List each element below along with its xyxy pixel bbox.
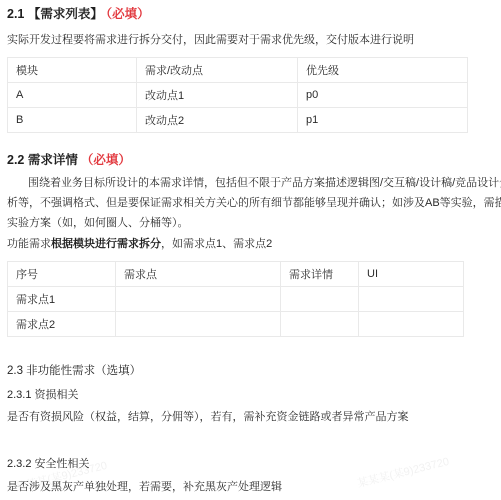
table-row: 需求点2 <box>8 312 464 337</box>
paragraph-line: 围绕着业务目标所设计的本需求详情，包括但不限于产品方案描述逻辑图/交互稿/设计稿… <box>7 173 501 193</box>
cell-change-point[interactable]: 改动点2 <box>137 108 298 133</box>
section-2-1-heading: 2.1 【需求列表】（必填） <box>7 3 501 25</box>
section-2-2-heading-text: 2.2 需求详情 <box>7 153 78 167</box>
table-row: A 改动点1 p0 <box>8 83 468 108</box>
document-body: 2.1 【需求列表】（必填） 实际开发过程要将需求进行拆分交付，因此需要对于需求… <box>0 0 501 497</box>
cell-module[interactable]: A <box>8 83 137 108</box>
cell-module[interactable]: B <box>8 108 137 133</box>
cell-change-point[interactable]: 改动点1 <box>137 83 298 108</box>
split-note-suffix: ，如需求点1、需求点2 <box>161 238 272 250</box>
section-2-3-2-heading: 2.3.2 安全性相关 <box>7 454 501 474</box>
cell-index[interactable]: 需求点2 <box>8 312 116 337</box>
paragraph-line: 实验方案（如，如何圈人、分桶等）。 <box>7 213 501 233</box>
cell-requirement-detail[interactable] <box>281 287 359 312</box>
section-2-2-heading: 2.2 需求详情（必填） <box>7 149 501 171</box>
section-2-1-heading-text: 2.1 【需求列表】 <box>7 7 103 21</box>
functional-split-note: 功能需求根据模块进行需求拆分，如需求点1、需求点2 <box>7 234 501 254</box>
table-header-row: 模块 需求/改动点 优先级 <box>8 58 468 83</box>
paragraph-line: 析等，不强调格式、但是要保证需求相关方关心的所有细节都能够呈现并确认；如涉及AB… <box>7 193 501 213</box>
section-2-3-1-heading: 2.3.1 资损相关 <box>7 385 501 405</box>
table-header-row: 序号 需求点 需求详情 UI <box>8 262 464 287</box>
column-header-requirement-detail[interactable]: 需求详情 <box>281 262 359 287</box>
cell-index[interactable]: 需求点1 <box>8 287 116 312</box>
column-header-change-point[interactable]: 需求/改动点 <box>137 58 298 83</box>
table-row: B 改动点2 p1 <box>8 108 468 133</box>
split-note-prefix: 功能需求 <box>7 238 51 250</box>
cell-priority[interactable]: p1 <box>298 108 468 133</box>
table-row: 需求点1 <box>8 287 464 312</box>
cell-requirement-point[interactable] <box>116 287 281 312</box>
split-note-bold: 根据模块进行需求拆分 <box>51 238 161 250</box>
required-tag: （必填） <box>106 7 150 21</box>
column-header-priority[interactable]: 优先级 <box>298 58 468 83</box>
requirement-detail-table: 序号 需求点 需求详情 UI 需求点1 需求点2 <box>7 261 464 337</box>
cell-ui[interactable] <box>359 312 464 337</box>
required-tag: （必填） <box>81 153 131 167</box>
section-2-1-intro: 实际开发过程要将需求进行拆分交付，因此需要对于需求优先级，交付版本进行说明 <box>7 30 501 50</box>
column-header-requirement-point[interactable]: 需求点 <box>116 262 281 287</box>
cell-ui[interactable] <box>359 287 464 312</box>
cell-requirement-point[interactable] <box>116 312 281 337</box>
section-2-2-paragraph: 围绕着业务目标所设计的本需求详情，包括但不限于产品方案描述逻辑图/交互稿/设计稿… <box>7 173 501 233</box>
requirement-list-table: 模块 需求/改动点 优先级 A 改动点1 p0 B 改动点2 p1 <box>7 57 468 133</box>
section-2-3-2-body: 是否涉及黑灰产单独处理，若需要，补充黑灰产处理逻辑 <box>7 477 501 497</box>
column-header-index[interactable]: 序号 <box>8 262 116 287</box>
cell-requirement-detail[interactable] <box>281 312 359 337</box>
column-header-module[interactable]: 模块 <box>8 58 137 83</box>
section-2-3-1-body: 是否有资损风险（权益，结算，分佣等），若有，需补充资金链路或者异常产品方案 <box>7 407 501 427</box>
column-header-ui[interactable]: UI <box>359 262 464 287</box>
section-2-3-heading: 2.3 非功能性需求（选填） <box>7 361 501 381</box>
cell-priority[interactable]: p0 <box>298 83 468 108</box>
